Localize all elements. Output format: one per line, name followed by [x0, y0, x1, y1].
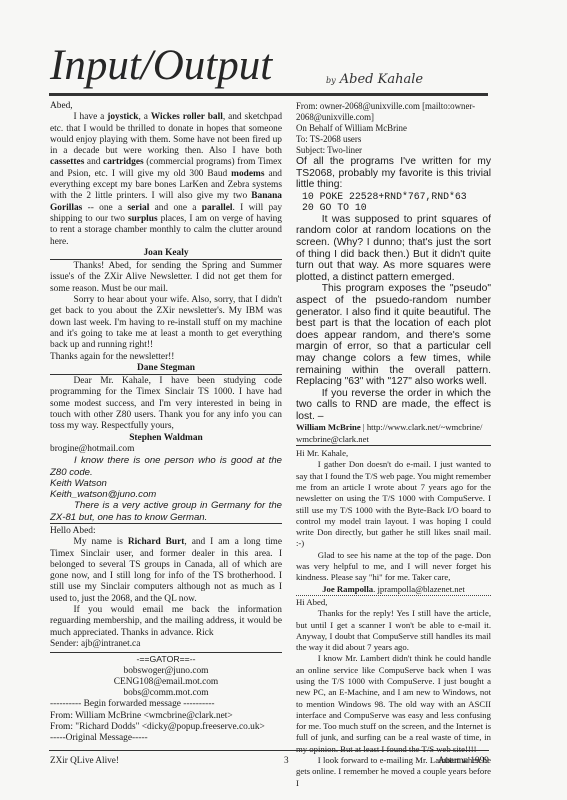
email-to: To: TS-2068 users	[296, 134, 491, 145]
letter-body: Thanks for the reply! Yes I still have t…	[296, 608, 491, 653]
email-on-behalf: On Behalf of William McBrine	[296, 123, 491, 134]
article-signature: William McBrine | http://www.clark.net/~…	[296, 422, 491, 446]
letter-body: I know Mr. Lambert didn't think he could…	[296, 653, 491, 755]
author-name: William McBrine	[296, 422, 361, 432]
left-column: Abed, I have a joystick, a Wickes roller…	[50, 101, 282, 745]
byline-prefix: by	[326, 76, 336, 85]
article-body: If you reverse the order in which the tw…	[296, 388, 491, 423]
footer-rule	[49, 750, 489, 751]
letter-body: I have a joystick, a Wickes roller ball,…	[50, 112, 282, 248]
byline: by Abed Kahale	[326, 72, 423, 87]
forward-from: From: "Richard Dodds" <dicky@popup.frees…	[50, 722, 282, 733]
original-message-marker: -----Original Message-----	[50, 733, 282, 744]
letter-richard-burt: Hello Abed: My name is Richard Burt, and…	[50, 526, 282, 650]
reply-body: I know there is one person who is good a…	[50, 455, 282, 478]
code-line: 20 GO TO 10	[296, 202, 491, 214]
page-title: Input/Output	[50, 44, 272, 87]
letter-stephen-waldman: Dear Mr. Kahale, I have been studying co…	[50, 376, 282, 455]
article-body: It was supposed to print squares of rand…	[296, 214, 491, 284]
salutation: Hi Abed,	[296, 597, 491, 608]
reply-author: Keith Watson	[50, 478, 282, 489]
letter-joe-rampolla: Hi Mr. Kahale, I gather Don doesn't do e…	[296, 448, 491, 596]
letter-body: Thanks! Abed, for sending the Spring and…	[50, 261, 282, 295]
reply-keith-watson: I know there is one person who is good a…	[50, 455, 282, 524]
code-line: 10 POKE 22528+RND*767,RND*63	[296, 191, 491, 203]
email-header: From: owner-2068@unixville.com [mailto:o…	[296, 101, 491, 156]
sender-email: Sender: ajb@intranet.ca	[50, 639, 282, 650]
signature: Joe Rampolla. jprampolla@blazenet.net	[296, 584, 491, 596]
letter-body: My name is Richard Burt, and I am a long…	[50, 537, 282, 605]
letter-body: Dear Mr. Kahale, I have been studying co…	[50, 376, 282, 432]
letter-body: Sorry to hear about your wife. Also, sor…	[50, 295, 282, 351]
email-subject: Subject: Two-liner	[296, 145, 491, 156]
footer-publication: ZXir QLive Alive!	[50, 755, 119, 765]
signature-name: Joe Rampolla	[322, 584, 373, 594]
signature: Joan Kealy	[50, 248, 282, 260]
email-address: bobswoger@juno.com	[50, 666, 282, 677]
letter-body: I gather Don doesn't do e-mail. I just w…	[296, 459, 491, 549]
email-address: bobs@comm.mot.com	[50, 688, 282, 699]
header-rule	[49, 93, 488, 96]
email-from: From: owner-2068@unixville.com [mailto:o…	[296, 101, 491, 123]
signature-email: . jprampolla@blazenet.net	[373, 584, 465, 594]
article-intro: Of all the programs I've written for my …	[296, 156, 491, 191]
reply-body: There is a very active group in Germany …	[50, 500, 282, 524]
email-address: CENG108@email.mot.com	[50, 677, 282, 688]
signature: Stephen Waldman	[50, 433, 282, 444]
forwarded-message-header: ---------- Begin forwarded message -----…	[50, 699, 282, 744]
forward-begin: ---------- Begin forwarded message -----…	[50, 699, 282, 710]
author-email: wmcbrine@clark.net	[296, 434, 491, 445]
author-url: | http://www.clark.net/~wmcbrine/	[361, 422, 483, 432]
email-address: brogine@hotmail.com	[50, 444, 282, 455]
letter-body: Thanks again for the newsletter!!	[50, 352, 282, 363]
signature: Dane Stegman	[50, 363, 282, 375]
gator-handle: -==GATOR==--	[50, 654, 282, 665]
letter-body: Glad to see his name at the top of the p…	[296, 550, 491, 584]
salutation: Abed,	[50, 101, 282, 112]
gator-signature: -==GATOR==-- bobswoger@juno.com CENG108@…	[50, 654, 282, 699]
article-two-liner: Of all the programs I've written for my …	[296, 156, 491, 422]
section-divider	[50, 652, 282, 653]
letter-body: If you would email me back the informati…	[50, 605, 282, 639]
byline-author: Abed Kahale	[340, 72, 423, 87]
footer-page-number: 3	[284, 755, 289, 765]
salutation: Hi Mr. Kahale,	[296, 448, 491, 459]
email-address: Keith_watson@juno.com	[50, 489, 282, 500]
footer-issue: Autumn 1999	[438, 755, 489, 765]
article-body: This program exposes the "pseudo" aspect…	[296, 283, 491, 387]
salutation: Hello Abed:	[50, 526, 282, 537]
right-column: From: owner-2068@unixville.com [mailto:o…	[296, 101, 491, 789]
letter-joan-kealy: Abed, I have a joystick, a Wickes roller…	[50, 101, 282, 260]
forward-from: From: William McBrine <wmcbrine@clark.ne…	[50, 711, 282, 722]
letter-dane-stegman: Thanks! Abed, for sending the Spring and…	[50, 261, 282, 375]
